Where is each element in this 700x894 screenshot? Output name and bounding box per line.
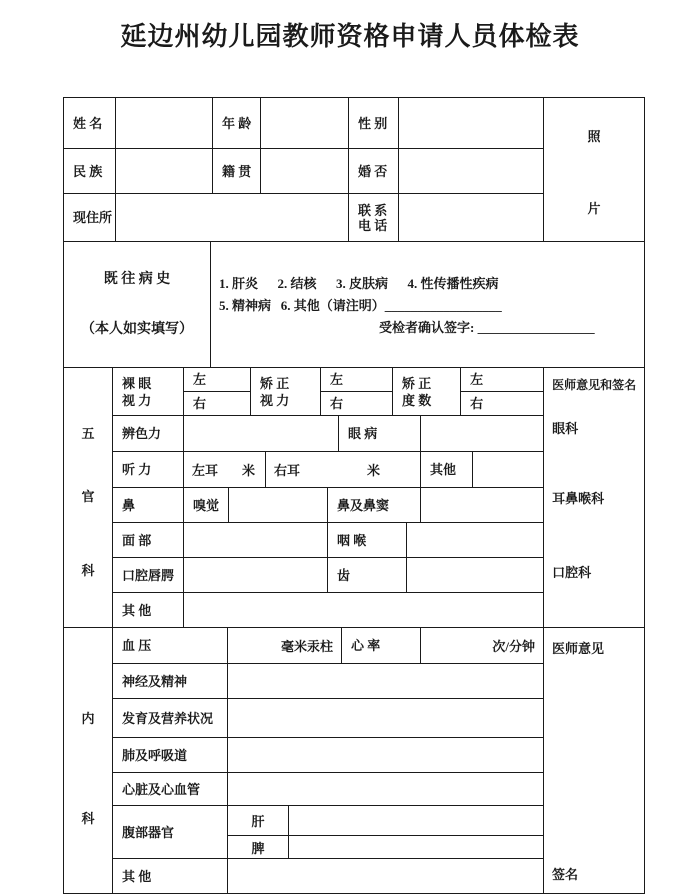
wuguanke-other-value-cell	[184, 593, 544, 628]
history-diseases-line2: 5. 精神病 6. 其他（请注明）__________________	[219, 295, 640, 317]
wuguanke-char-3: 科	[64, 560, 112, 579]
spleen-label: 脾	[228, 836, 289, 859]
right-ear-meter-unit: 米	[367, 460, 380, 479]
nutrition-label: 发育及营养状况	[113, 699, 228, 738]
address-value-cell	[116, 194, 349, 242]
married-value-cell	[399, 149, 544, 194]
color-vision-label: 辨色力	[113, 416, 184, 452]
photo-label-bottom: 片	[544, 198, 644, 217]
photo-label-top: 照	[544, 126, 644, 145]
history-label-line1: 既 往 病 史	[64, 267, 210, 292]
heart-cardio-label: 心脏及心血管	[113, 773, 228, 806]
face-label: 面 部	[113, 523, 184, 558]
teeth-label: 齿	[328, 558, 407, 593]
corrected-vision-left-cell: 左	[321, 368, 393, 392]
eye-disease-value-cell	[421, 416, 544, 452]
native-place-label: 籍 贯	[213, 149, 261, 194]
nose-sinus-label: 鼻及鼻窦	[328, 488, 421, 523]
nose-sinus-value-cell	[421, 488, 544, 523]
phone-value-cell	[399, 194, 544, 242]
left-ear-meter-unit: 米	[242, 460, 255, 479]
liver-value-cell	[289, 806, 544, 836]
dept-eye-label: 眼科	[544, 418, 644, 437]
naked-vision-right-cell: 右	[184, 392, 251, 416]
heart-rate-unit: 次/分钟	[421, 636, 543, 655]
wuguanke-char-1: 五	[64, 423, 112, 442]
history-label-line2: （本人如实填写）	[64, 317, 210, 342]
form-table: 姓 名 年 龄 性 别 照 片 民 族 籍 贯 婚 否	[63, 97, 644, 894]
doctor-opinion-signature-header: 医师意见和签名	[544, 376, 644, 393]
heart-rate-label: 心 率	[342, 628, 421, 664]
gender-label: 性 别	[349, 98, 399, 149]
corrected-degree-left-cell: 左	[461, 368, 544, 392]
throat-value-cell	[407, 523, 544, 558]
age-label: 年 龄	[213, 98, 261, 149]
left-ear-cell: 左耳 米	[184, 452, 266, 488]
color-vision-value-cell	[184, 416, 339, 452]
abdomen-label: 腹部器官	[113, 806, 228, 859]
smell-value-cell	[229, 488, 328, 523]
name-value-cell	[116, 98, 213, 149]
native-place-value-cell	[261, 149, 349, 194]
wuguanke-doctor-column: 医师意见和签名 眼科 耳鼻喉科 口腔科	[544, 368, 645, 628]
hearing-other-value-cell	[473, 452, 544, 488]
phone-label: 联 系 电 话	[349, 194, 399, 242]
basic-info-table: 姓 名 年 龄 性 别 照 片 民 族 籍 贯 婚 否	[63, 97, 645, 242]
nutrition-value-cell	[228, 699, 544, 738]
wuguanke-char-2: 官	[64, 486, 112, 505]
corrected-degree-label: 矫 正 度 数	[393, 368, 461, 416]
blood-pressure-value-cell: 毫米汞柱	[228, 628, 342, 664]
nerve-mental-value-cell	[228, 664, 544, 699]
dept-dental-label: 口腔科	[544, 562, 644, 581]
ethnic-value-cell	[116, 149, 213, 194]
medical-exam-form-page: 延边州幼儿园教师资格申请人员体检表 姓 名 年 龄 性 别 照 片	[0, 0, 700, 854]
medical-history-table: 既 往 病 史 （本人如实填写） 1. 肝炎 2. 结核 3. 皮肤病 4. 性…	[63, 241, 645, 368]
spleen-value-cell	[289, 836, 544, 859]
corrected-degree-right-cell: 右	[461, 392, 544, 416]
history-signature-line: 受检者确认签字: __________________	[219, 317, 640, 339]
ethnic-label: 民 族	[64, 149, 116, 194]
naked-vision-label: 裸 眼 视 力	[113, 368, 184, 416]
heart-cardio-value-cell	[228, 773, 544, 806]
neike-char-2: 科	[64, 808, 112, 827]
nose-label: 鼻	[113, 488, 184, 523]
throat-label: 咽 喉	[328, 523, 407, 558]
oral-value-cell	[184, 558, 328, 593]
wuguanke-other-label: 其 他	[113, 593, 184, 628]
form-title: 延边州幼儿园教师资格申请人员体检表	[0, 16, 700, 53]
corrected-vision-label: 矫 正 视 力	[251, 368, 321, 416]
smell-label: 嗅觉	[184, 488, 229, 523]
lung-respiratory-label: 肺及呼吸道	[113, 738, 228, 773]
teeth-value-cell	[407, 558, 544, 593]
right-ear-label: 右耳	[274, 460, 300, 479]
neike-other-label: 其 他	[113, 859, 228, 894]
eye-disease-label: 眼 病	[339, 416, 421, 452]
neike-doctor-opinion-header: 医师意见	[544, 638, 644, 657]
age-value-cell	[261, 98, 349, 149]
left-ear-label: 左耳	[192, 460, 218, 479]
face-value-cell	[184, 523, 328, 558]
nerve-mental-label: 神经及精神	[113, 664, 228, 699]
wuguanke-table: 五 官 科 裸 眼 视 力 左 矫 正 视 力 左 矫 正 度 数 左 医师意见…	[63, 367, 645, 628]
lung-respiratory-value-cell	[228, 738, 544, 773]
dept-ent-label: 耳鼻喉科	[544, 488, 644, 507]
hearing-label: 听 力	[113, 452, 184, 488]
heart-rate-value-cell: 次/分钟	[421, 628, 544, 664]
naked-vision-left-cell: 左	[184, 368, 251, 392]
gender-value-cell	[399, 98, 544, 149]
address-label: 现住所	[64, 194, 116, 242]
corrected-vision-right-cell: 右	[321, 392, 393, 416]
name-label: 姓 名	[64, 98, 116, 149]
oral-label: 口腔唇腭	[113, 558, 184, 593]
neike-other-value-cell	[228, 859, 544, 894]
history-label-cell: 既 往 病 史 （本人如实填写）	[64, 242, 211, 368]
blood-pressure-unit: 毫米汞柱	[228, 636, 341, 655]
neike-char-1: 内	[64, 708, 112, 727]
hearing-other-label: 其他	[421, 452, 473, 488]
history-content-cell: 1. 肝炎 2. 结核 3. 皮肤病 4. 性传播性疾病 5. 精神病 6. 其…	[211, 242, 645, 368]
right-ear-cell: 右耳 米	[266, 452, 421, 488]
neike-sign-label: 签名	[544, 864, 644, 883]
married-label: 婚 否	[349, 149, 399, 194]
wuguanke-section-label: 五 官 科	[64, 368, 113, 628]
history-diseases-line1: 1. 肝炎 2. 结核 3. 皮肤病 4. 性传播性疾病	[219, 273, 640, 295]
blood-pressure-label: 血 压	[113, 628, 228, 664]
photo-cell: 照 片	[544, 98, 645, 242]
liver-label: 肝	[228, 806, 289, 836]
